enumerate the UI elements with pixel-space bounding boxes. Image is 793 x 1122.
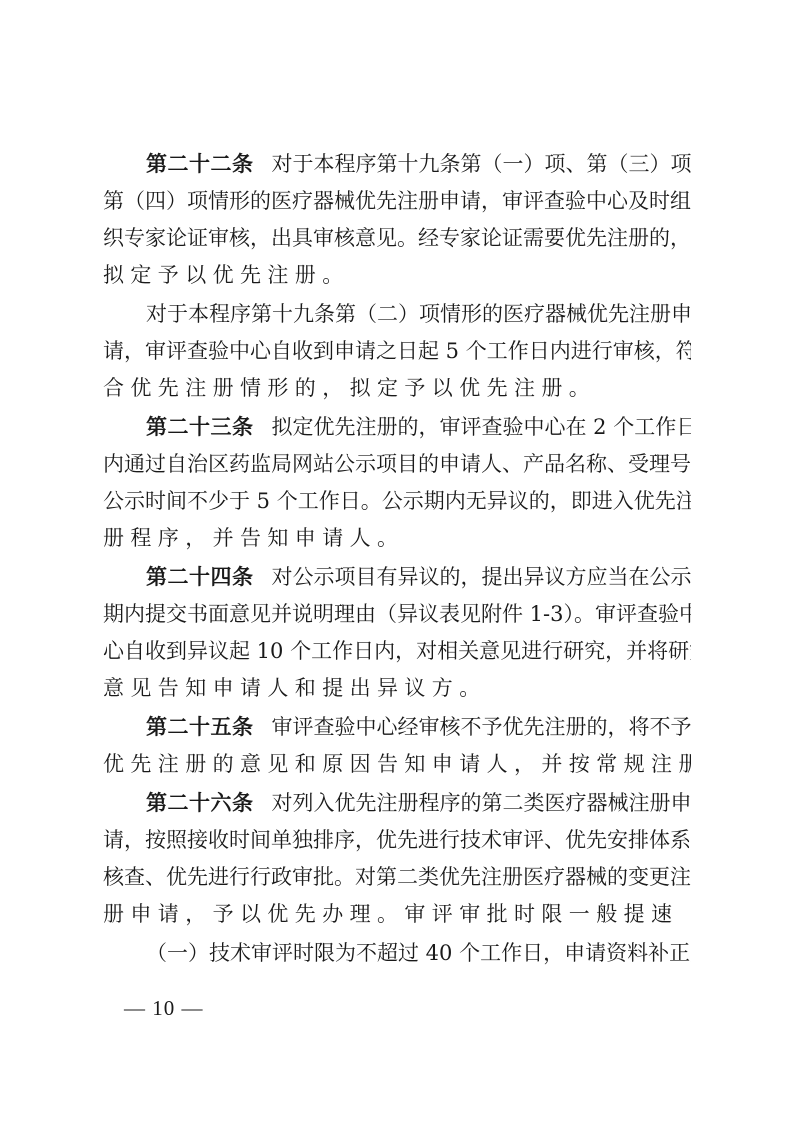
paragraph-line: 内通过自治区药监局网站公示项目的申请人、产品名称、受理号， xyxy=(103,446,691,483)
article-23-paragraph: 第二十三条拟定优先注册的，审评查验中心在 2 个工作日 内通过自治区药监局网站公… xyxy=(103,409,691,557)
paragraph-line: 册申请，予以优先办理。审评审批时限一般提速 30%以上: xyxy=(103,896,691,933)
paragraph-line: 对于本程序第十九条第（二）项情形的医疗器械优先注册申 xyxy=(103,296,691,333)
paragraph-line: 优先注册的意见和原因告知申请人，并按常规注册程序办理。 xyxy=(103,746,691,783)
line-text: 审评查验中心经审核不予优先注册的，将不予 xyxy=(272,715,692,739)
paragraph-line: 请，按照接收时间单独排序，优先进行技术审评、优先安排体系 xyxy=(103,822,691,859)
line-text: 对列入优先注册程序的第二类医疗器械注册申 xyxy=(272,791,692,815)
paragraph-line: 织专家论证审核，出具审核意见。经专家论证需要优先注册的， xyxy=(103,220,691,257)
paragraph-line: 第二十四条对公示项目有异议的，提出异议方应当在公示 xyxy=(103,559,691,596)
article-heading: 第二十二条 xyxy=(146,152,254,176)
article-24-paragraph: 第二十四条对公示项目有异议的，提出异议方应当在公示 期内提交书面意见并说明理由（… xyxy=(103,559,691,707)
paragraph-line: 第二十六条对列入优先注册程序的第二类医疗器械注册申 xyxy=(103,785,691,822)
document-body: 第二十二条对于本程序第十九条第（一）项、第（三）项、 第（四）项情形的医疗器械优… xyxy=(103,146,691,974)
article-22-paragraph: 第二十二条对于本程序第十九条第（一）项、第（三）项、 第（四）项情形的医疗器械优… xyxy=(103,146,691,294)
line-text: 对于本程序第十九条第（一）项、第（三）项、 xyxy=(272,152,692,176)
paragraph-line: 请，审评查验中心自收到申请之日起 5 个工作日内进行审核，符 xyxy=(103,333,691,370)
article-heading: 第二十四条 xyxy=(146,565,254,589)
article-22-paragraph-2: 对于本程序第十九条第（二）项情形的医疗器械优先注册申 请，审评查验中心自收到申请… xyxy=(103,296,691,407)
line-text: 拟定优先注册的，审评查验中心在 2 个工作日 xyxy=(272,415,692,439)
article-heading: 第二十六条 xyxy=(146,791,254,815)
paragraph-line: 公示时间不少于 5 个工作日。公示期内无异议的，即进入优先注 xyxy=(103,483,691,520)
paragraph-line: 心自收到异议起 10 个工作日内，对相关意见进行研究，并将研究 xyxy=(103,633,691,670)
paragraph-line: 拟定予以优先注册。 xyxy=(103,257,691,294)
article-heading: 第二十五条 xyxy=(146,715,254,739)
line-text: 对公示项目有异议的，提出异议方应当在公示 xyxy=(272,565,692,589)
article-heading: 第二十三条 xyxy=(146,415,254,439)
article-26-item-1: （一）技术审评时限为不超过 40 个工作日，申请资料补正后 xyxy=(103,935,691,972)
paragraph-line: 期内提交书面意见并说明理由（异议表见附件 1-3）。审评查验中 xyxy=(103,596,691,633)
paragraph-line: （一）技术审评时限为不超过 40 个工作日，申请资料补正后 xyxy=(103,935,691,972)
article-26-paragraph: 第二十六条对列入优先注册程序的第二类医疗器械注册申 请，按照接收时间单独排序，优… xyxy=(103,785,691,933)
paragraph-line: 册程序，并告知申请人。 xyxy=(103,520,691,557)
paragraph-line: 第二十五条审评查验中心经审核不予优先注册的，将不予 xyxy=(103,709,691,746)
page-number: — 10 — xyxy=(124,994,204,1022)
paragraph-line: 核查、优先进行行政审批。对第二类优先注册医疗器械的变更注 xyxy=(103,859,691,896)
paragraph-line: 合优先注册情形的，拟定予以优先注册。 xyxy=(103,370,691,407)
paragraph-line: 意见告知申请人和提出异议方。 xyxy=(103,670,691,707)
article-25-paragraph: 第二十五条审评查验中心经审核不予优先注册的，将不予 优先注册的意见和原因告知申请… xyxy=(103,709,691,783)
paragraph-line: 第（四）项情形的医疗器械优先注册申请，审评查验中心及时组 xyxy=(103,183,691,220)
paragraph-line: 第二十三条拟定优先注册的，审评查验中心在 2 个工作日 xyxy=(103,409,691,446)
paragraph-line: 第二十二条对于本程序第十九条第（一）项、第（三）项、 xyxy=(103,146,691,183)
